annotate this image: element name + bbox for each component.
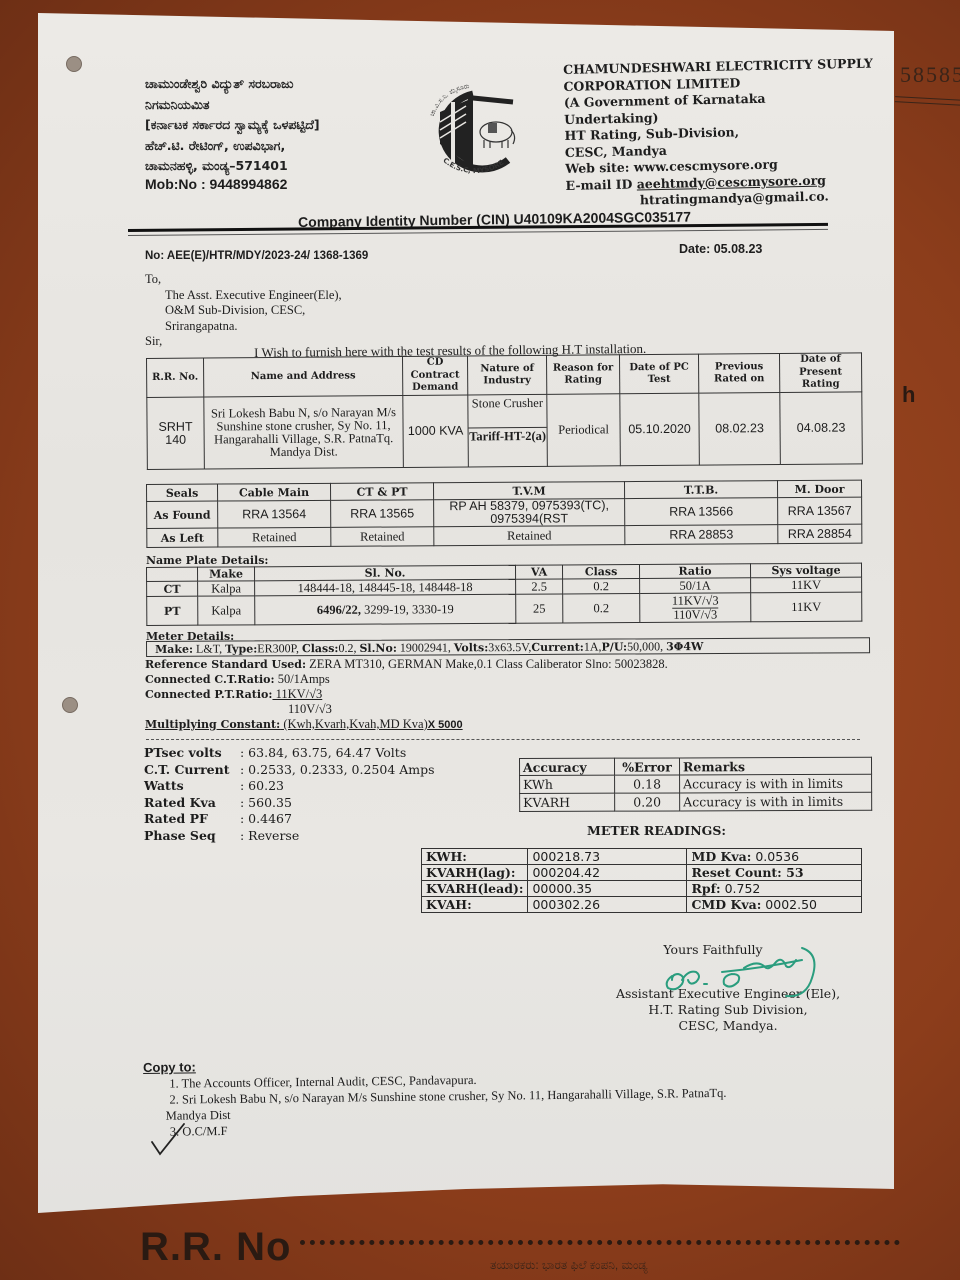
column-header: Class [562, 564, 639, 578]
installation-table: R.R. No. Name and Address CD Contract De… [146, 352, 863, 470]
label: CMD Kva: [691, 897, 761, 912]
value: 0.752 [721, 881, 761, 896]
wiring: 3Φ4W [666, 640, 703, 653]
item-text: O.C/M.F [182, 1124, 227, 1139]
nature-of-industry: Stone Crusher [468, 395, 546, 429]
table-row: KVARH(lead): 00000.35 Rpf: 0.752 [422, 881, 862, 897]
pt-sys-voltage: 11KV [751, 592, 862, 622]
column-header: VA [515, 565, 562, 579]
value: 1A, [584, 640, 602, 654]
seal-value: RRA 28854 [778, 524, 862, 544]
kannada-line: ನಿಗಮನಿಯಮಿತ [145, 95, 320, 116]
reading-value: 000204.42 [528, 865, 687, 881]
multiplying-constant: Multiplying Constant: (Kwh,Kvarh,Kvah,MD… [145, 717, 668, 733]
column-header: Date of PC Test [619, 354, 698, 394]
seal-value: RP AH 58379, 0975393(TC), 0975394(RST [434, 499, 625, 527]
cesc-logo-icon: ಚಾ.ವಿ.ಸ.ನಿ. ಮೈಸೂರು C.E.S.C, MYSORE [418, 82, 528, 182]
param-row: Watts: 60.23 [144, 778, 435, 795]
param-row: PTsec volts: 63.84, 63.75, 64.47 Volts [144, 745, 435, 762]
signatory-location: CESC, Mandya. [612, 1018, 844, 1034]
pt-serial-bold: 6496/22, [317, 602, 361, 616]
label: MD Kva: [691, 849, 751, 864]
addressee-line: The Asst. Executive Engineer(Ele), [145, 288, 342, 304]
column-header: T.V.M [433, 482, 624, 500]
column-header: Make [198, 567, 255, 581]
mobile-label: Mob:No : [145, 176, 206, 192]
value: ZERA MT310, GERMAN Make,0.1 Class Calibe… [306, 657, 668, 671]
ct-va: 2.5 [516, 579, 563, 594]
value: 11KV/√3 [272, 687, 322, 701]
seal-value: RRA 13566 [625, 498, 778, 526]
ct-serial: 148444-18, 148445-18, 148448-18 [255, 579, 516, 596]
meter-readings-table: KWH: 000218.73 MD Kva: 0.0536 KVARH(lag)… [421, 848, 862, 913]
pt-ratio-denominator: 110V/√3 [145, 702, 668, 717]
value: 0002.50 [761, 897, 817, 912]
table-row: As Left Retained Retained Retained RRA 2… [147, 524, 862, 547]
param-key: C.T. Current [144, 762, 240, 779]
accuracy-type: KVARH [520, 793, 615, 811]
seal-value: Retained [331, 527, 434, 547]
to-label: To, [145, 272, 342, 288]
addressee-block: To, The Asst. Executive Engineer(Ele), O… [145, 272, 342, 350]
reference-standard: Reference Standard Used: ZERA MT310, GER… [145, 657, 668, 672]
ct-make: Kalpa [198, 581, 255, 596]
copy-to-section: Copy to: 1. The Accounts Officer, Intern… [143, 1053, 727, 1140]
column-header: T.T.B. [624, 481, 777, 499]
param-key: PTsec volts [144, 745, 240, 762]
table-row: KVAH: 000302.26 CMD Kva: 0002.50 [422, 897, 862, 913]
param-value: : Reverse [240, 828, 299, 845]
seal-value: RRA 13565 [331, 500, 434, 528]
pc-test-date: 05.10.2020 [620, 393, 700, 466]
column-header: CD Contract Demand [402, 356, 467, 396]
ct-sys-voltage: 11KV [751, 577, 862, 593]
value: 0.0536 [751, 849, 799, 864]
param-row: Rated PF: 0.4467 [144, 811, 435, 828]
pt-make: Kalpa [198, 596, 255, 625]
email-label: E-mail ID [565, 176, 632, 192]
seals-table: Seals Cable Main CT & PT T.V.M T.T.B. M.… [146, 480, 862, 548]
addressee-line: O&M Sub-Division, CESC, [145, 303, 342, 319]
column-header: CT & PT [330, 483, 433, 501]
column-header: Date of Present Rating [779, 353, 861, 393]
test-parameters: PTsec volts: 63.84, 63.75, 64.47 Volts C… [144, 745, 435, 844]
meter-reference-lines: Reference Standard Used: ZERA MT310, GER… [145, 657, 668, 733]
seal-value: RRA 13567 [778, 497, 862, 525]
reading-value: 000218.73 [528, 849, 687, 865]
value: (Kwh,Kvarh,Kvah,MD Kva) [280, 717, 428, 731]
label: Connected C.T.Ratio: [145, 673, 275, 686]
param-key: Watts [144, 778, 240, 795]
kannada-line: ಚಾಮನಹಳ್ಳಿ, ಮಂಡ್ಯ–571401 [145, 156, 320, 177]
row-label: As Found [147, 501, 218, 528]
column-header: Ratio [639, 564, 750, 579]
param-row: C.T. Current: 0.2533, 0.2333, 0.2504 Amp… [144, 762, 435, 779]
table-row: KVARH 0.20 Accuracy is with in limits [520, 792, 872, 811]
connected-ct-ratio: Connected C.T.Ratio: 50/1Amps [145, 672, 668, 687]
value: 53 [782, 865, 804, 880]
reading-label: KVARH(lag): [426, 865, 516, 880]
table-row: KWH: 000218.73 MD Kva: 0.0536 [422, 849, 862, 865]
accuracy-table: Accuracy %Error Remarks KWh 0.18 Accurac… [519, 757, 872, 812]
item-number: 2. [169, 1093, 179, 1107]
table-header-row: Accuracy %Error Remarks [520, 757, 872, 775]
remarks: Accuracy is with in limits [680, 792, 872, 811]
name-plate-table: Make Sl. No. VA Class Ratio Sys voltage … [146, 563, 862, 626]
kannada-line: ಚಾಮುಂಡೇಶ್ವರಿ ವಿದ್ಯುತ್ ಸರಬರಾಜು [145, 74, 320, 95]
row-label: CT [147, 581, 198, 596]
label: Make: [155, 643, 193, 656]
seal-value: RRA 28853 [625, 525, 778, 545]
pt-class: 0.2 [563, 593, 640, 622]
param-value: : 0.4467 [240, 811, 292, 828]
ct-class: 0.2 [563, 578, 640, 593]
contract-demand: 1000 KVA [403, 395, 469, 468]
signatory-office: H.T. Rating Sub Division, [612, 1002, 844, 1018]
column-header [147, 567, 198, 581]
column-header: M. Door [777, 480, 861, 498]
param-key: Rated PF [144, 811, 240, 828]
column-header: Accuracy [520, 758, 615, 775]
column-header: Nature of Industry [467, 355, 546, 395]
param-row: Phase Seq: Reverse [144, 828, 435, 845]
param-value: : 60.23 [240, 778, 284, 795]
reading-label: KWH: [426, 849, 467, 864]
column-header: Remarks [680, 757, 872, 775]
table-header-row: R.R. No. Name and Address CD Contract De… [147, 353, 862, 398]
kannada-line: ಹೆಚ್.ಟಿ. ರೇಟಿಂಗ್, ಉಪವಿಭಾಗ, [145, 136, 320, 157]
letter-date: Date: 05.08.23 [679, 242, 762, 256]
consumer-name-address: Sri Lokesh Babu N, s/o Narayan M/s Sunsh… [204, 395, 404, 469]
value: L&T, [193, 642, 225, 656]
letterhead-kannada: ಚಾಮುಂಡೇಶ್ವರಿ ವಿದ್ಯುತ್ ಸರಬರಾಜು ನಿಗಮನಿಯಮಿತ… [145, 74, 320, 177]
present-rating-date: 04.08.23 [780, 392, 863, 465]
email-link[interactable]: htratingmandya@gmail.co. [640, 188, 829, 207]
reading-extra: CMD Kva: 0002.50 [687, 897, 862, 913]
label: Multiplying Constant: [145, 718, 280, 731]
seal-value: Retained [218, 527, 331, 547]
param-value: : 560.35 [240, 795, 292, 812]
item-number: 1. [169, 1077, 179, 1091]
reading-label: KVARH(lead): [426, 881, 523, 896]
kannada-line: [ಕರ್ನಾಟಕ ಸರ್ಕಾರದ ಸ್ವಾಮ್ಯಕ್ಕೆ ಒಳಪಟ್ಟಿದೆ] [145, 115, 320, 136]
column-header: R.R. No. [147, 358, 204, 397]
column-header: Reason for Rating [546, 355, 619, 395]
label: Current: [531, 641, 584, 654]
remarks: Accuracy is with in limits [680, 774, 872, 793]
reading-extra: Rpf: 0.752 [687, 881, 862, 897]
letter: ಚಾಮುಂಡೇಶ್ವರಿ ವಿದ್ಯುತ್ ಸರಬರಾಜು ನಿಗಮನಿಯಮಿತ… [0, 0, 960, 1280]
reading-value: 00000.35 [528, 881, 687, 897]
param-key: Phase Seq [144, 828, 240, 845]
mobile-number: Mob:No : 9448994862 [145, 176, 287, 192]
table-row: KVARH(lag): 000204.42 Reset Count: 53 [422, 865, 862, 881]
reading-label: KVAH: [426, 897, 472, 912]
param-value: : 0.2533, 0.2333, 0.2504 Amps [240, 762, 435, 779]
percent-error: 0.18 [615, 775, 680, 793]
table-row: PT Kalpa 6496/22, 3299-19, 3330-19 25 0.… [147, 592, 862, 625]
table-row: SRHT 140 Sri Lokesh Babu N, s/o Narayan … [147, 392, 863, 470]
param-key: Rated Kva [144, 795, 240, 812]
column-header: Sys voltage [750, 563, 861, 578]
pt-va: 25 [516, 594, 563, 623]
dashed-divider [146, 739, 860, 740]
label: Class: [302, 642, 339, 655]
ct-ratio: 50/1A [640, 578, 751, 594]
reason-for-rating: Periodical [547, 394, 621, 467]
mobile-value: 9448994862 [210, 176, 288, 192]
name-plate-title: Name Plate Details: [146, 554, 269, 567]
label: Connected P.T.Ratio: [145, 688, 272, 701]
value: 19002941, [397, 640, 454, 654]
table-row: KWh 0.18 Accuracy is with in limits [520, 774, 872, 793]
value: X 5000 [428, 719, 463, 731]
pt-serial-rest: 3299-19, 3330-19 [361, 602, 454, 617]
row-label: As Left [147, 528, 218, 547]
meter-readings-title: METER READINGS: [587, 823, 726, 838]
rr-number: SRHT 140 [147, 397, 205, 469]
label: Type: [225, 642, 257, 655]
reading-extra: MD Kva: 0.0536 [687, 849, 862, 865]
value: ER300P, [257, 641, 302, 655]
pt-serial: 6496/22, 3299-19, 3330-19 [255, 594, 516, 625]
label: Rpf: [691, 881, 720, 896]
checkmark-icon [148, 1120, 188, 1156]
label: Volts: [454, 641, 488, 654]
reading-extra: Reset Count: 53 [687, 865, 862, 881]
connected-pt-ratio: Connected P.T.Ratio: 11KV/√3 [145, 687, 668, 702]
label: Reference Standard Used: [145, 658, 306, 671]
column-header: Cable Main [218, 483, 331, 501]
column-header: %Error [615, 758, 680, 775]
ratio-denominator: 110V/√3 [672, 608, 719, 621]
reference-number: No: AEE(E)/HTR/MDY/2023-24/ 1368-1369 [145, 250, 368, 262]
param-row: Rated Kva: 560.35 [144, 795, 435, 812]
column-header: Name and Address [204, 356, 403, 397]
ratio-numerator: 11KV/√3 [672, 594, 719, 608]
reading-value: 000302.26 [528, 897, 687, 913]
industry-cell: Stone Crusher Tariff-HT-2(a) [468, 394, 548, 467]
handwritten-signature-icon [652, 940, 827, 1002]
value: 50,000, [627, 639, 666, 653]
row-label: PT [147, 596, 198, 625]
param-value: : 63.84, 63.75, 64.47 Volts [240, 745, 406, 762]
label: Sl.No: [359, 642, 396, 655]
previous-rated-date: 08.02.23 [699, 393, 781, 466]
label: Reset Count: [691, 865, 781, 880]
value: 50/1Amps [275, 672, 330, 686]
percent-error: 0.20 [615, 793, 680, 811]
label: P/U: [601, 640, 627, 653]
seal-value: Retained [434, 526, 625, 546]
addressee-line: Srirangapatna. [145, 319, 342, 335]
column-header: Seals [147, 484, 218, 501]
seal-value: RRA 13564 [218, 500, 331, 528]
pt-ratio: 11KV/√3110V/√3 [640, 593, 751, 623]
tariff: Tariff-HT-2(a) [469, 428, 547, 467]
letterhead-english: CHAMUNDESHWARI ELECTRICITY SUPPLY CORPOR… [563, 56, 876, 211]
meter-details-box: Make: L&T, Type:ER300P, Class:0.2, Sl.No… [146, 637, 870, 657]
column-header: Previous Rated on [698, 354, 779, 394]
value: 0.2, [338, 641, 359, 655]
value: 3x63.5V, [488, 640, 531, 654]
accuracy-type: KWh [520, 775, 615, 793]
